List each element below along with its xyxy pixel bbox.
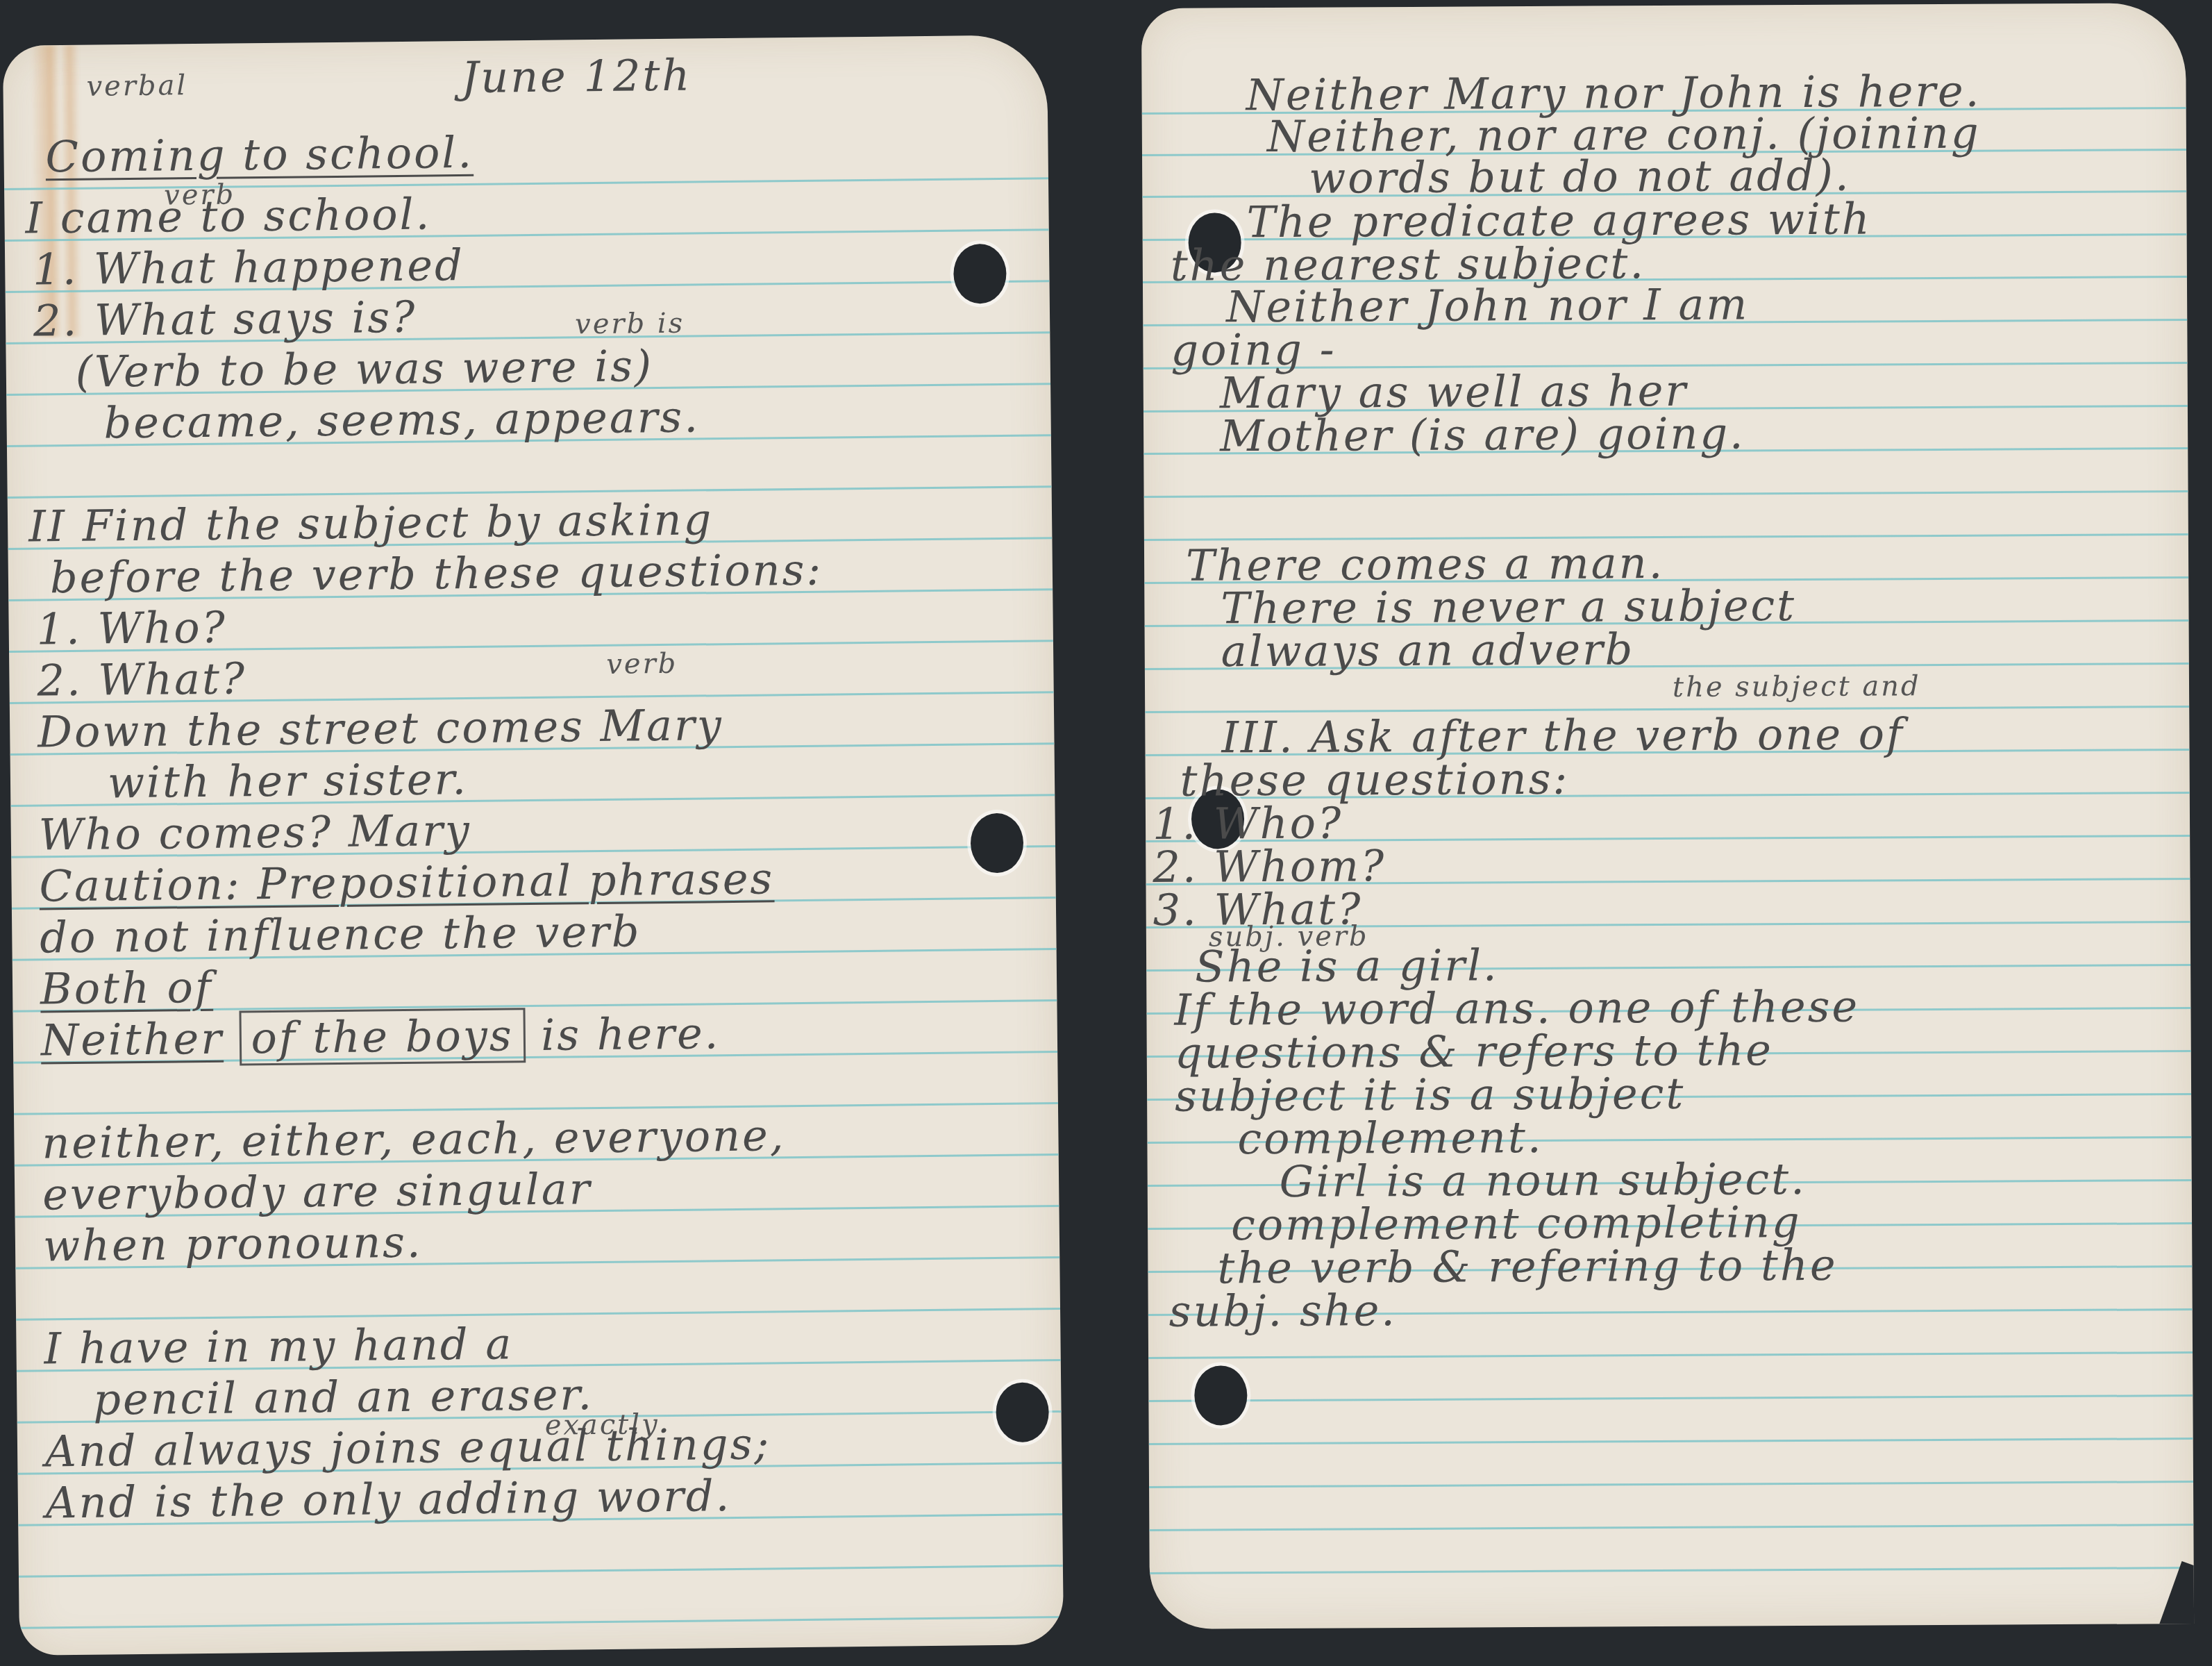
- note-line: 2. Whom?: [1153, 844, 1386, 889]
- note-line: with her sister.: [108, 758, 469, 804]
- note-line: Who comes? Mary: [38, 809, 471, 857]
- note-line: everybody are singular: [42, 1167, 592, 1216]
- note-line: I have in my hand a: [44, 1322, 513, 1370]
- note-line: Coming to school.: [45, 131, 474, 178]
- note-line: I came to school.: [25, 192, 431, 240]
- neither-suffix: is here.: [541, 1008, 721, 1060]
- note-line: words but do not add).: [1309, 154, 1851, 200]
- note-line: The predicate agrees with: [1246, 197, 1871, 244]
- note-line: always an adverb: [1221, 628, 1635, 673]
- note-line: the verb & refering to the: [1217, 1244, 1837, 1290]
- example-sentence: She is a girl.: [1195, 944, 1499, 988]
- section-heading-ii: II Find the subject by asking: [28, 498, 714, 548]
- note-line: 1. Who?: [1153, 801, 1343, 845]
- date-heading: June 12th: [461, 54, 692, 99]
- boxed-phrase: of the boys: [239, 1008, 526, 1065]
- note-line: before the verb these questions:: [50, 549, 823, 600]
- note-line: became, seems, appears.: [103, 395, 700, 444]
- annotation-verb: verb: [606, 650, 678, 678]
- note-line: these questions:: [1180, 758, 1570, 803]
- annotation-verbal: verbal: [86, 72, 187, 101]
- annotation-subject-and: the subject and: [1673, 672, 1921, 701]
- note-line: do not influence the verb: [40, 910, 642, 959]
- note-line: neither, either, each, everyone,: [42, 1114, 786, 1165]
- caution-line: Caution: Prepositional phrases: [39, 857, 774, 908]
- neither-word: Neither: [41, 1013, 224, 1066]
- note-line: 2. What?: [37, 657, 246, 702]
- punch-hole: [953, 244, 1007, 304]
- note-line: There is never a subject: [1221, 584, 1796, 630]
- annotation-verb-is: verb is: [575, 310, 685, 339]
- punch-hole: [1194, 1365, 1247, 1425]
- punch-hole: [971, 813, 1024, 874]
- annotation-both-of: Both of: [40, 966, 213, 1011]
- note-line: Mother (is are) going.: [1220, 412, 1745, 458]
- punch-hole: [996, 1382, 1049, 1442]
- section-heading-iii: III. Ask after the verb one of: [1221, 713, 1904, 759]
- note-line: And always joins equal things;: [45, 1422, 771, 1473]
- note-line: 1. Who?: [36, 606, 227, 651]
- note-line: subj. she.: [1169, 1289, 1398, 1333]
- note-line: And is the only adding word.: [46, 1474, 732, 1524]
- note-line: subject it is a subject: [1175, 1072, 1685, 1118]
- note-line: when pronouns.: [43, 1221, 423, 1268]
- note-line: going -: [1171, 328, 1336, 372]
- left-notebook-page: verbal June 12th Coming to school. verb …: [3, 35, 1064, 1656]
- note-line: 1. What happened: [33, 244, 464, 292]
- note-line: Neither John nor I am: [1226, 283, 1749, 328]
- neither-example-line: Neither of the boys is here.: [41, 1012, 721, 1062]
- note-line: complement.: [1237, 1116, 1543, 1160]
- note-line: pencil and an eraser.: [93, 1373, 594, 1422]
- note-line: Down the street comes Mary: [37, 703, 723, 753]
- note-line: (Verb to be was were is): [76, 344, 654, 394]
- note-line: 2. What says is?: [33, 296, 417, 343]
- right-notebook-page: Neither Mary nor John is here. Neither, …: [1141, 3, 2194, 1629]
